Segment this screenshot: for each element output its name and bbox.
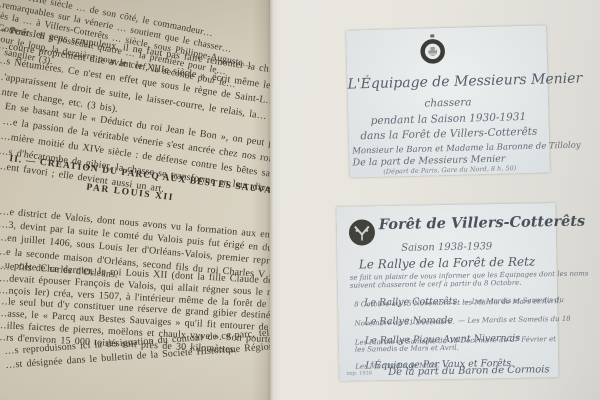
paragraph-ce-district: …e district de Valois, dont nous avons v… [0,205,270,296]
text-line: …té du XIIe siècle … de son côté, le com… [0,0,257,49]
text-line: …s Nétumières. Ce n'est en effet que sou… [0,53,270,110]
card1-chassera-line: chassera [348,94,548,111]
text-line: …ès la … à Villers-Cotterêts … siècle, s… [0,10,253,72]
crowned-wreath-monogram-icon [419,33,446,66]
right-page: L'Équipage de Messieurs Menier chassera … [270,0,600,400]
text-line: …s d'hécatombe de gibier, la chasse se t… [0,144,270,201]
invitation-card-menier-1930: L'Équipage de Messieurs Menier chassera … [346,25,550,177]
text-line: …e la seconde maison d'Orléans, second f… [0,244,270,283]
text-line: …mière moitié du XIVe siècle : de défens… [0,129,270,186]
text-line: …courre proprement dite avant le XIIIe s… [0,37,270,94]
text-line: …rs d'environ 15 000 toises soit près de… [0,332,270,359]
text-line: …st désignée dans le bulletin de la Soci… [5,339,270,373]
equipage-schedule: — Les Mardis et Samedis du 18 [458,315,571,325]
text-line: …'apparaissent le droit de suite, le lai… [0,68,270,125]
text-line: …Cotterêts. Il y possédait quatre … la p… [0,21,251,83]
card2-title: Forêt de Villers-Cotterêts [379,213,586,234]
text-line: …e la passion de la véritable vénerie s'… [2,114,270,171]
text-line: …e district de Valois, dont nous avons v… [0,205,270,244]
section-heading: II. — CRÉATION DU PARCQ AUX BESTES SAUVA… [6,154,256,213]
text-line: …nçois Ier) créa, vers 1507, à l'intérie… [0,285,270,312]
book-gutter-shadow [252,0,282,400]
text-line: …remarquables sur la vénerie … soutient … [0,0,255,60]
text-line: …ent favori ; elle devient aussi un art. [0,158,270,215]
text-line: …3, devint par la suite le comté du Valo… [0,218,270,257]
text-line: …le seul but d'y constituer une réserve … [0,296,270,323]
left-page: …té du XIIe siècle … de son côté, le com… [0,0,270,400]
text-line: …en juillet 1406, sous Louis Ier d'Orléa… [0,231,270,270]
text-line: …le sanglier (3). [0,43,246,105]
text-line: En se basant sur le « Déduict du roi Jea… [4,99,270,156]
text-line: …devait épouser François de Valois, qui … [0,273,270,300]
paragraph-pour-les-gens: « Pour les gens scrupuleux, il ne faut p… [0,22,270,141]
text-line: …u poète Charles d'Orléans. [0,258,270,297]
section-heading-line1: II. — CRÉATION DU PARCQ AUX BESTES SAUVA… [9,154,256,194]
paragraph-en-se-basant: En se basant sur le « Déduict du roi Jea… [0,99,270,215]
text-line: « Pour les gens scrupuleux, il ne faut p… [0,22,270,79]
paragraph-reproduisons: …s reproduisons ici la désignation du co… [4,325,270,373]
text-line: …pour le loup, la dernière pour le cerf,… [0,32,249,94]
text-line: …asse, le « Parcq aux Bestes Sauvaiges »… [0,308,270,335]
card1-equipage-line: L'Équipage de Messieurs Menier [347,71,547,92]
paragraph-le-fils: …e fils de ce dernier, le roi Louis XII … [0,261,270,359]
open-book-photo: …té du XIIe siècle … de son côté, le com… [0,0,600,400]
section-heading-line2: PAR LOUIS XII [6,173,253,213]
text-line: …illes faictes de pierres, moëlons et ch… [0,320,270,347]
card1-season-line: pendant la Saison 1930-1931 [348,110,548,127]
rallye-card-1938: Forêt de Villers-Cotterêts Saison 1938-1… [336,203,558,381]
card2-imprint: imp. 1938 [346,370,372,376]
paragraph-top-fragment: …té du XIIe siècle … de son côté, le com… [0,0,257,106]
card2-footer: De la part du Baron de Cormois [379,364,558,378]
card1-forest-line: dans la Forêt de Villers-Cotterêts [349,125,549,142]
text-line: …ntre le change, etc. (3 bis). [0,83,270,140]
text-line: …s reproduisons ici la désignation du co… [4,325,270,359]
card2-subtitle: Le Rallye de la Forêt de Retz [337,254,556,272]
text-line: …e fils de ce dernier, le roi Louis XII … [0,261,270,288]
